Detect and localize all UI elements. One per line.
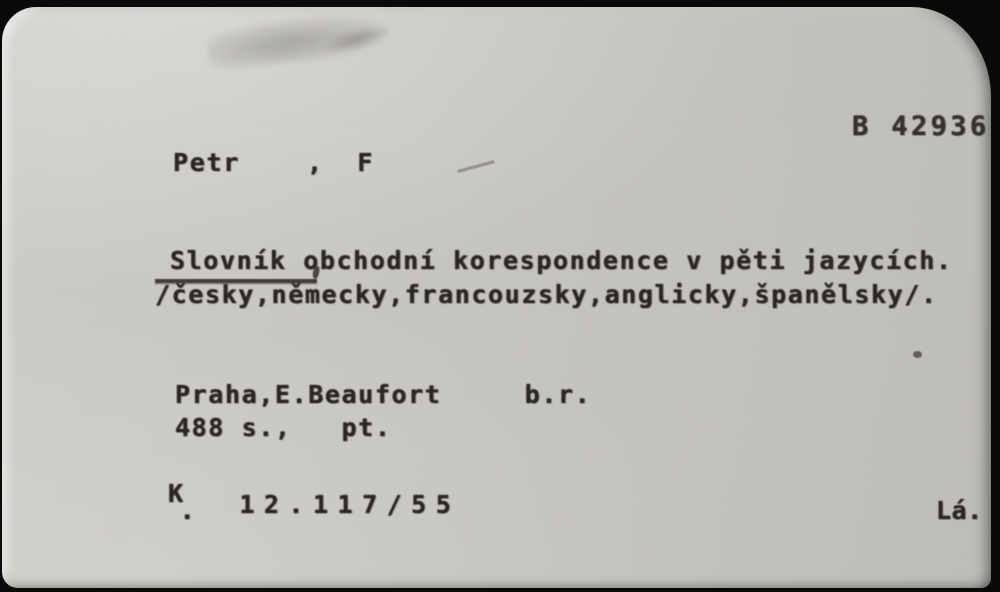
subtitle-languages-line: /česky,německy,francouzsky,anglicky,špan… (155, 282, 938, 307)
author-heading: Petr , F (173, 150, 374, 175)
cataloguer-initials: Lá. (936, 498, 983, 523)
call-number-line: K.12.117/55 (168, 481, 460, 506)
collation-line: 488 s., pt. (175, 415, 391, 440)
call-number: 12.117/55 (239, 490, 460, 519)
faint-stamp-smudge (205, 8, 389, 72)
imprint-line: Praha,E.Beaufort b.r. (175, 382, 591, 407)
call-letter-dot: . (180, 496, 197, 525)
pencil-mark (457, 160, 494, 172)
accession-number: B 42936 (852, 113, 990, 140)
ink-speck (913, 351, 922, 358)
title-line: Slovník obchodní korespondence v pěti ja… (170, 248, 953, 273)
faint-stamp-smudge-tail (321, 20, 394, 57)
title-remainder: obchodní korespondence v pěti jazycích. (287, 246, 953, 275)
library-catalog-card: B 42936 Petr , F Slovník obchodní koresp… (2, 7, 991, 588)
scanned-card-photo: B 42936 Petr , F Slovník obchodní koresp… (0, 0, 1000, 592)
